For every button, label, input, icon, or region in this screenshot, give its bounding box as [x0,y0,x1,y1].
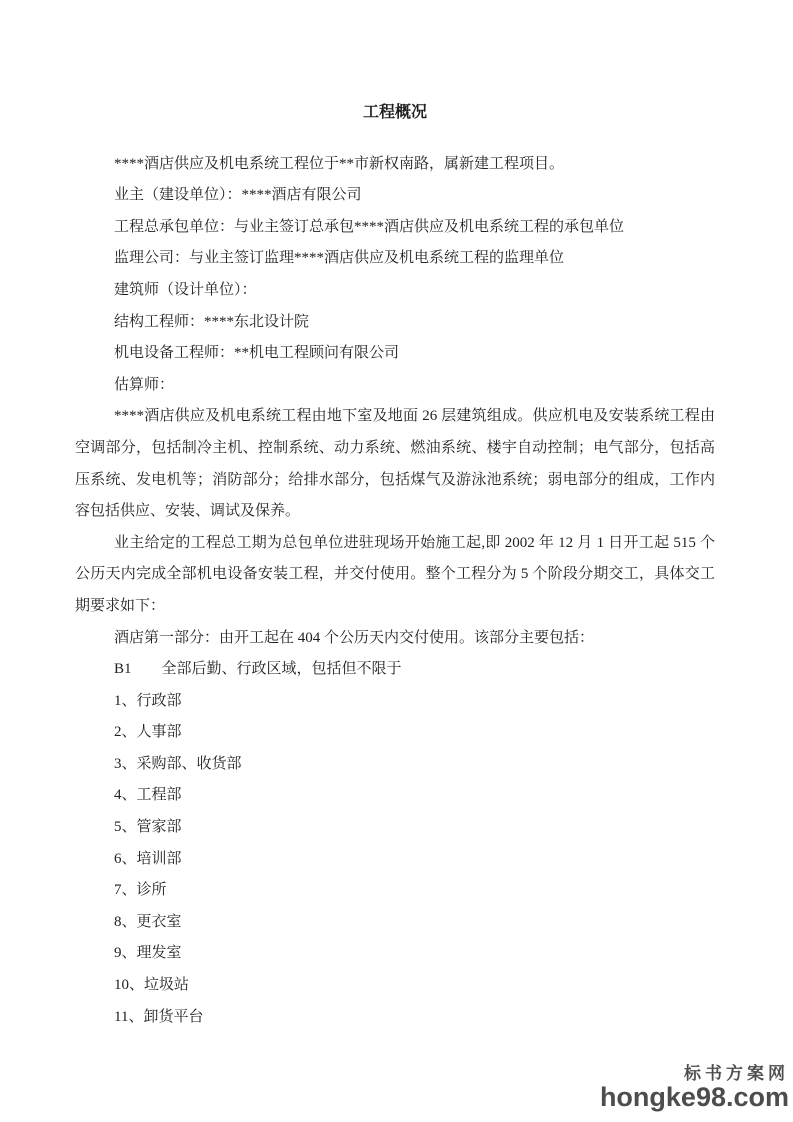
document-content: 工程概况 ****酒店供应及机电系统工程位于**市新权南路，属新建工程项目。 业… [75,97,715,1033]
paragraph-general-contractor: 工程总承包单位：与业主签订总承包****酒店供应及机电系统工程的承包单位 [75,212,715,244]
paragraph-project-scope: ****酒店供应及机电系统工程由地下室及地面 26 层建筑组成。供应机电及安装系… [75,401,715,527]
list-item-training-dept: 6、培训部 [75,844,715,876]
paragraph-supervision-company: 监理公司：与业主签订监理****酒店供应及机电系统工程的监理单位 [75,243,715,275]
paragraph-architect: 建筑师（设计单位）： [75,275,715,307]
list-item-admin-dept: 1、行政部 [75,686,715,718]
list-item-purchasing-receiving-dept: 3、采购部、收货部 [75,749,715,781]
document-page: 工程概况 ****酒店供应及机电系统工程位于**市新权南路，属新建工程项目。 业… [0,0,793,1122]
watermark: 标书方案网 hongke98.com [600,1064,789,1110]
document-title: 工程概况 [75,97,715,129]
paragraph-owner: 业主（建设单位）：****酒店有限公司 [75,180,715,212]
paragraph-b1-area-header: B1 全部后勤、行政区域，包括但不限于 [75,654,715,686]
paragraph-mep-engineer: 机电设备工程师：**机电工程顾问有限公司 [75,338,715,370]
list-item-hr-dept: 2、人事部 [75,717,715,749]
list-item-locker-room: 8、更衣室 [75,907,715,939]
paragraph-estimator: 估算师： [75,370,715,402]
paragraph-structural-engineer: 结构工程师：****东北设计院 [75,307,715,339]
list-item-clinic: 7、诊所 [75,875,715,907]
list-item-engineering-dept: 4、工程部 [75,780,715,812]
paragraph-phase-one: 酒店第一部分：由开工起在 404 个公历天内交付使用。该部分主要包括： [75,623,715,655]
list-item-barber-room: 9、理发室 [75,938,715,970]
paragraph-project-location: ****酒店供应及机电系统工程位于**市新权南路，属新建工程项目。 [75,149,715,181]
paragraph-schedule: 业主给定的工程总工期为总包单位进驻现场开始施工起,即 2002 年 12 月 1… [75,528,715,623]
list-item-housekeeping-dept: 5、管家部 [75,812,715,844]
list-item-garbage-station: 10、垃圾站 [75,970,715,1002]
watermark-site-url: hongke98.com [600,1084,789,1110]
document-title-text: 工程概况 [363,104,427,121]
watermark-site-name: 标书方案网 [600,1064,789,1084]
list-item-unloading-platform: 11、卸货平台 [75,1002,715,1034]
